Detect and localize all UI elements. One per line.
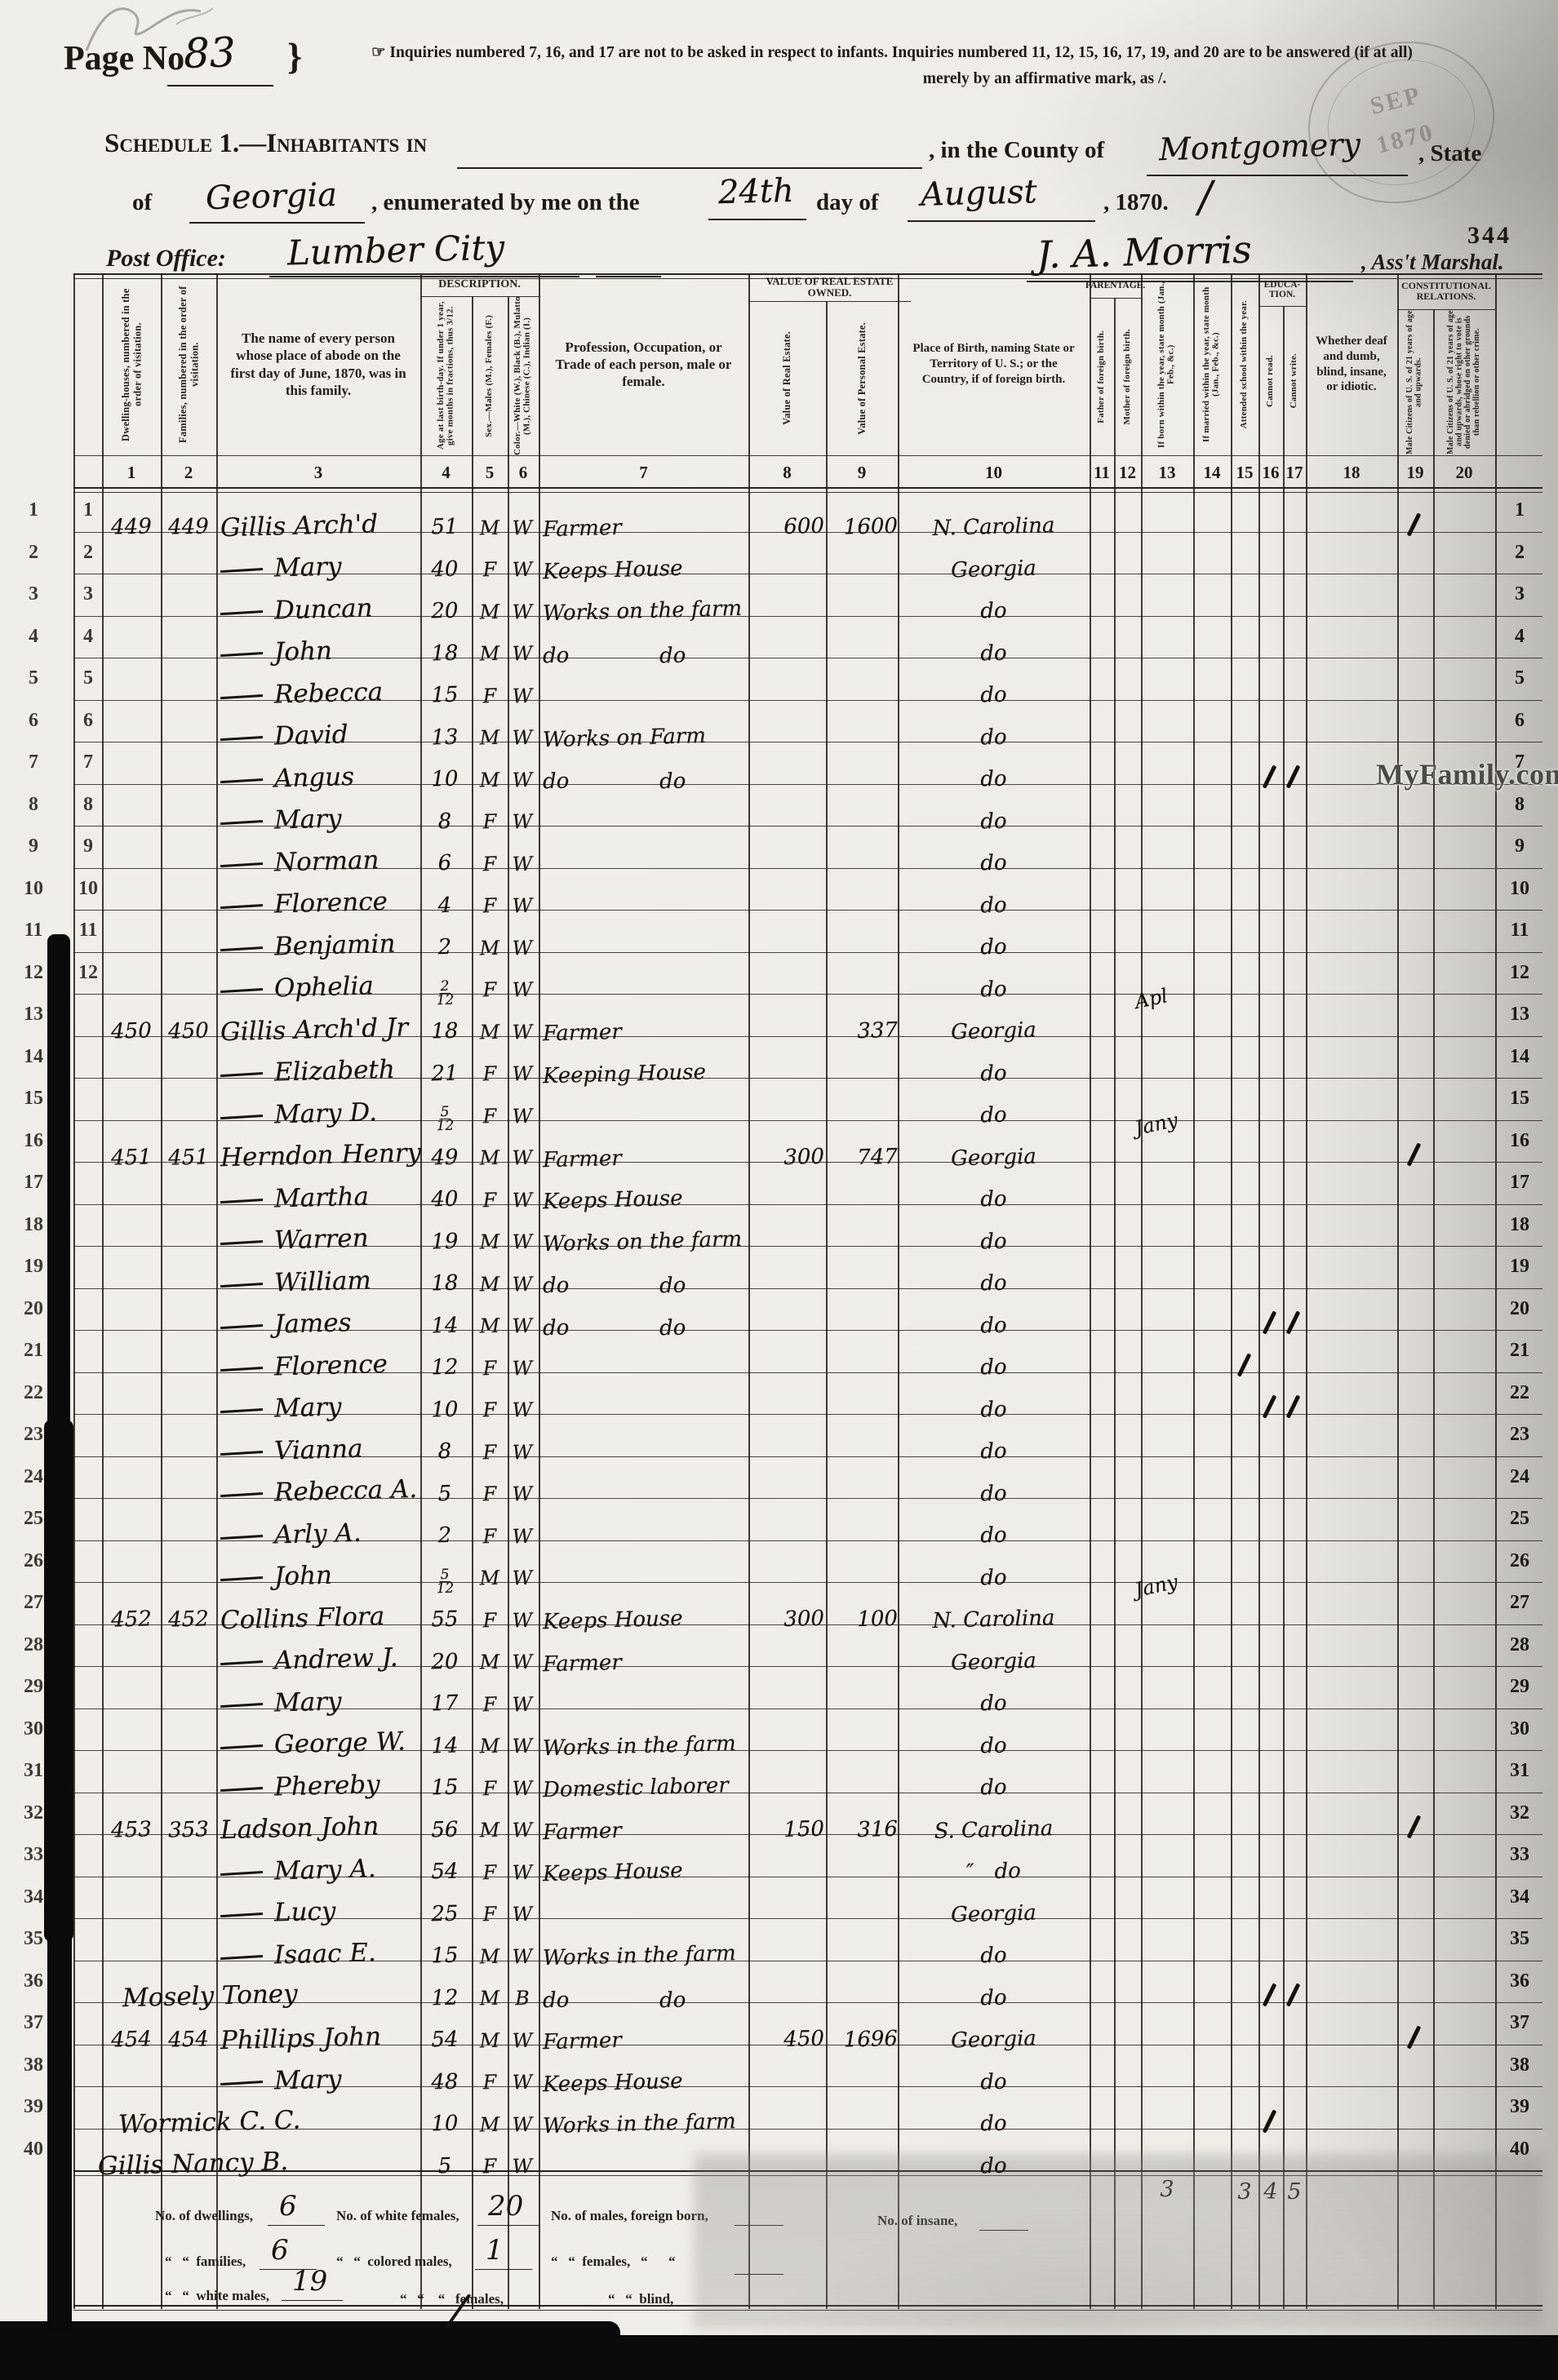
footer-white-males-value: 19 bbox=[292, 2267, 327, 2295]
row-number-left: 1 bbox=[76, 490, 100, 532]
row-number-left-margin: 4 bbox=[23, 616, 44, 658]
row-number-left-margin: 37 bbox=[23, 2002, 44, 2045]
footer-dwellings-label: No. of dwellings, bbox=[155, 2209, 253, 2223]
table-row: 3636Mosely Toney12MBdododo bbox=[73, 1961, 1542, 2004]
column-header-12: Mother of foreign birth. bbox=[1114, 298, 1141, 455]
column-number-3: 3 bbox=[216, 455, 420, 490]
table-row: 3838Mary48FWKeeps Housedo bbox=[73, 2045, 1542, 2088]
row-number-left-margin: 25 bbox=[23, 1498, 44, 1540]
enumerated-label: , enumerated by me on the bbox=[371, 189, 640, 216]
inquiries-note-line1: ☞ Inquiries numbered 7, 16, and 17 are n… bbox=[371, 42, 1514, 62]
table-row: 2020James14MWdododo bbox=[73, 1288, 1542, 1332]
row-number-right: 24 bbox=[1499, 1456, 1540, 1499]
column-header-18: Whether deaf and dumb, blind, insane, or… bbox=[1306, 273, 1397, 455]
pencil-squiggle-icon bbox=[78, 0, 233, 57]
row-number-left-margin: 11 bbox=[23, 910, 44, 952]
footer-colored-males-value: 1 bbox=[486, 2236, 504, 2264]
row-number-left-margin: 14 bbox=[23, 1036, 44, 1079]
row-number-right: 36 bbox=[1499, 1961, 1540, 2003]
row-number-left-margin: 31 bbox=[23, 1750, 44, 1793]
column-number-7: 7 bbox=[539, 455, 748, 490]
column-header-5: Sex.—Males (M.), Females (F.) bbox=[472, 296, 508, 455]
row-number-left-margin: 17 bbox=[23, 1162, 44, 1204]
footer-blind-label: “ “ blind, bbox=[608, 2292, 673, 2306]
scan-bottom-band-left bbox=[0, 2321, 620, 2346]
table-row: 2929Mary17FWdo bbox=[73, 1666, 1542, 1709]
of-label: of bbox=[132, 189, 152, 216]
row-number-left-margin: 2 bbox=[23, 532, 44, 574]
table-row: 3939Wormick C. C.10MWWorks in the farmdo bbox=[73, 2086, 1542, 2130]
row-number-right: 9 bbox=[1499, 826, 1540, 868]
row-number-right: 17 bbox=[1499, 1162, 1540, 1204]
table-row: 2525Arly A.2FWdo bbox=[73, 1498, 1542, 1541]
footer-white-females-label: No. of white females, bbox=[336, 2209, 459, 2223]
row-number-left-margin: 30 bbox=[23, 1709, 44, 1751]
table-row: 777Angus10MWdododo bbox=[73, 742, 1542, 785]
table-row: 4040Gillis Nancy B.5FWdo bbox=[73, 2129, 1542, 2172]
footer-families-label: “ “ families, bbox=[165, 2254, 246, 2268]
column-number-8: 8 bbox=[748, 455, 826, 490]
row-number-left-margin: 27 bbox=[23, 1582, 44, 1624]
row-number-left: 6 bbox=[76, 700, 100, 742]
table-row: 101010Florence4FWdo bbox=[73, 868, 1542, 911]
table-row: 111111Benjamin2MWdo bbox=[73, 910, 1542, 953]
column-number-1: 1 bbox=[102, 455, 161, 490]
row-number-left: 10 bbox=[76, 868, 100, 911]
table-row: 2727452452Collins Flora55FWKeeps House30… bbox=[73, 1582, 1542, 1625]
row-number-left-margin: 3 bbox=[23, 574, 44, 616]
column-number-10: 10 bbox=[898, 455, 1090, 490]
row-number-right: 4 bbox=[1499, 616, 1540, 658]
sheet-number: 344 bbox=[1467, 222, 1511, 250]
row-number-left-margin: 38 bbox=[23, 2045, 44, 2087]
table-row: 3434Lucy25FWGeorgia bbox=[73, 1877, 1542, 1920]
table-row: 1515Mary D.512FWdoJany bbox=[73, 1078, 1542, 1121]
column-header-3: The name of every person whose place of … bbox=[216, 273, 420, 455]
row-number-left: 2 bbox=[76, 532, 100, 574]
column-number-19: 19 bbox=[1397, 455, 1433, 490]
column-number-14: 14 bbox=[1193, 455, 1231, 490]
footer-males-foreign-label: No. of males, foreign born, bbox=[551, 2209, 708, 2223]
scan-smear bbox=[694, 2154, 1542, 2329]
table-row: 222Mary40FWKeeps HouseGeorgia bbox=[73, 532, 1542, 575]
month-value: August bbox=[920, 173, 1037, 214]
row-number-right: 34 bbox=[1499, 1877, 1540, 1919]
inquiries-note-line2: merely by an affirmative mark, as /. bbox=[816, 70, 1273, 88]
row-number-left-margin: 26 bbox=[23, 1540, 44, 1583]
schedule-title: Schedule 1.—Inhabitants in bbox=[104, 129, 427, 159]
post-office-label: Post Office: bbox=[106, 245, 226, 273]
footer-females-foreign-label: “ “ females, “ “ bbox=[551, 2254, 676, 2268]
row-number-left: 11 bbox=[76, 910, 100, 952]
row-number-right: 30 bbox=[1499, 1709, 1540, 1751]
row-number-right: 13 bbox=[1499, 994, 1540, 1036]
table-row: 1414Elizabeth21FWKeeping Housedo bbox=[73, 1036, 1542, 1079]
footer-families-value: 6 bbox=[271, 2236, 289, 2264]
marshal-signature: J. A. Morris bbox=[1036, 228, 1252, 277]
table-row: 666David13MWWorks on Farmdo bbox=[73, 700, 1542, 743]
column-header-8: Value of Real Estate. bbox=[748, 301, 826, 455]
row-number-left-margin: 19 bbox=[23, 1246, 44, 1288]
row-number-left-margin: 33 bbox=[23, 1834, 44, 1877]
footer-dwellings-value: 6 bbox=[279, 2192, 297, 2220]
column-header-7: Profession, Occupation, or Trade of each… bbox=[539, 273, 748, 455]
row-number-right: 29 bbox=[1499, 1666, 1540, 1709]
column-number-13: 13 bbox=[1141, 455, 1193, 490]
row-number-right: 40 bbox=[1499, 2129, 1540, 2171]
column-number-15: 15 bbox=[1231, 455, 1258, 490]
row-number-left-margin: 1 bbox=[23, 490, 44, 532]
row-number-right: 12 bbox=[1499, 952, 1540, 995]
row-number-left-margin: 22 bbox=[23, 1372, 44, 1415]
column-header-14: If married within the year, state month … bbox=[1193, 273, 1231, 455]
row-number-left-margin: 12 bbox=[23, 952, 44, 995]
scan-edge-band bbox=[47, 934, 70, 1440]
row-number-left: 9 bbox=[76, 826, 100, 868]
scan-edge-band bbox=[44, 1420, 73, 1942]
column-number-11: 11 bbox=[1090, 455, 1114, 490]
row-number-left-margin: 21 bbox=[23, 1330, 44, 1372]
watermark: MyFamily.com bbox=[1376, 757, 1558, 791]
row-number-left-margin: 10 bbox=[23, 868, 44, 911]
row-number-left-margin: 18 bbox=[23, 1204, 44, 1247]
column-number-9: 9 bbox=[826, 455, 898, 490]
row-number-left-margin: 23 bbox=[23, 1414, 44, 1456]
year-label: , 1870. bbox=[1103, 189, 1169, 216]
column-number-4: 4 bbox=[420, 455, 472, 490]
column-header-20: Male Citizens of U. S. of 21 years of ag… bbox=[1433, 309, 1495, 455]
row-number-left: 4 bbox=[76, 616, 100, 658]
row-number-left-margin: 34 bbox=[23, 1877, 44, 1919]
row-number-left-margin: 9 bbox=[23, 826, 44, 868]
row-number-right: 3 bbox=[1499, 574, 1540, 616]
table-row: 2828Andrew J.20MWFarmerGeorgia bbox=[73, 1624, 1542, 1668]
table-row: 121212Ophelia212FWdoApl bbox=[73, 952, 1542, 995]
row-number-right: 5 bbox=[1499, 658, 1540, 700]
row-number-right: 23 bbox=[1499, 1414, 1540, 1456]
row-number-left-margin: 32 bbox=[23, 1793, 44, 1835]
row-number-right: 10 bbox=[1499, 868, 1540, 911]
column-number-6: 6 bbox=[508, 455, 539, 490]
row-number-right: 22 bbox=[1499, 1372, 1540, 1415]
row-number-left-margin: 13 bbox=[23, 994, 44, 1036]
column-header-11: Father of foreign birth. bbox=[1090, 298, 1114, 455]
table-row: 999Norman6FWdo bbox=[73, 826, 1542, 869]
column-number-17: 17 bbox=[1283, 455, 1306, 490]
row-number-left-margin: 7 bbox=[23, 742, 44, 784]
post-office-value: Lumber City bbox=[286, 228, 504, 273]
table-row: 1616451451Herndon Henry49MWFarmer300747G… bbox=[73, 1120, 1542, 1163]
column-header-17: Cannot write. bbox=[1283, 306, 1306, 455]
table-row: 3030George W.14MWWorks in the farmdo bbox=[73, 1709, 1542, 1752]
table-row: 444John18MWdododo bbox=[73, 616, 1542, 659]
table-row: 3131Phereby15FWDomestic laborerdo bbox=[73, 1750, 1542, 1793]
row-number-right: 39 bbox=[1499, 2086, 1540, 2129]
row-number-left-margin: 39 bbox=[23, 2086, 44, 2129]
day-value: 24th bbox=[717, 172, 794, 211]
table-row: 2424Rebecca A.5FWdo bbox=[73, 1456, 1542, 1500]
marshal-label: , Ass't Marshal. bbox=[1361, 250, 1504, 275]
row-number-right: 38 bbox=[1499, 2045, 1540, 2087]
row-number-right: 15 bbox=[1499, 1078, 1540, 1120]
table-row: 555Rebecca15FWdo bbox=[73, 658, 1542, 701]
row-number-right: 32 bbox=[1499, 1793, 1540, 1835]
table-row: 3232453353Ladson John56MWFarmer150316S. … bbox=[73, 1793, 1542, 1836]
day-label: day of bbox=[816, 189, 879, 216]
row-number-right: 11 bbox=[1499, 910, 1540, 952]
column-number-20: 20 bbox=[1433, 455, 1495, 490]
row-number-left-margin: 40 bbox=[23, 2129, 44, 2171]
row-number-right: 37 bbox=[1499, 2002, 1540, 2045]
row-number-left-margin: 29 bbox=[23, 1666, 44, 1709]
row-number-left: 7 bbox=[76, 742, 100, 784]
table-row: 1919William18MWdododo bbox=[73, 1246, 1542, 1289]
row-number-left: 5 bbox=[76, 658, 100, 700]
scan-edge-band bbox=[47, 1917, 72, 2335]
column-header-16: Cannot read. bbox=[1258, 306, 1283, 455]
cell-sex: F bbox=[472, 2158, 508, 2177]
row-number-left-margin: 28 bbox=[23, 1624, 44, 1667]
cell-name: Gillis Nancy B. bbox=[98, 2151, 303, 2178]
row-number-right: 20 bbox=[1499, 1288, 1540, 1331]
row-number-right: 14 bbox=[1499, 1036, 1540, 1079]
footer-white-females-value: 20 bbox=[488, 2192, 523, 2220]
column-header-15: Attended school within the year. bbox=[1231, 273, 1258, 455]
row-number-left-margin: 36 bbox=[23, 1961, 44, 2003]
column-number-5: 5 bbox=[472, 455, 508, 490]
row-number-right: 35 bbox=[1499, 1918, 1540, 1961]
column-header-9: Value of Personal Estate. bbox=[826, 301, 898, 455]
table-row: 2323Vianna8FWdo bbox=[73, 1414, 1542, 1457]
table-row: 888Mary8FWdo bbox=[73, 784, 1542, 827]
column-header-13: If born within the year, state month (Ja… bbox=[1141, 273, 1193, 455]
census-scan-page: SEP 1870 Page No 83 } ☞ Inquiries number… bbox=[0, 0, 1558, 2380]
column-number-2: 2 bbox=[161, 455, 216, 490]
table-row: 333Duncan20MWWorks on the farmdo bbox=[73, 574, 1542, 617]
row-number-left-margin: 16 bbox=[23, 1120, 44, 1163]
row-number-left: 3 bbox=[76, 574, 100, 616]
row-number-right: 16 bbox=[1499, 1120, 1540, 1163]
row-number-left-margin: 35 bbox=[23, 1918, 44, 1961]
page-no-brace: } bbox=[287, 34, 302, 78]
row-number-right: 25 bbox=[1499, 1498, 1540, 1540]
table-row: 2222Mary10FWdo bbox=[73, 1372, 1542, 1416]
row-number-left-margin: 8 bbox=[23, 784, 44, 827]
row-number-right: 28 bbox=[1499, 1624, 1540, 1667]
row-number-right: 26 bbox=[1499, 1540, 1540, 1583]
column-header-2: Families, numbered in the order of visit… bbox=[161, 273, 216, 455]
row-number-right: 6 bbox=[1499, 700, 1540, 742]
column-number-16: 16 bbox=[1258, 455, 1283, 490]
column-header-6: Color.—White (W.), Black (B.), Mulatto (… bbox=[508, 296, 539, 455]
row-number-right: 18 bbox=[1499, 1204, 1540, 1247]
row-number-right: 33 bbox=[1499, 1834, 1540, 1877]
cell-age: 5 bbox=[418, 2156, 473, 2177]
row-number-right: 27 bbox=[1499, 1582, 1540, 1624]
footer-colored-males-label: “ “ colored males, bbox=[336, 2254, 452, 2268]
row-number-left-margin: 15 bbox=[23, 1078, 44, 1120]
row-number-right: 1 bbox=[1499, 490, 1540, 532]
table-row: 2626John512MWdoJany bbox=[73, 1540, 1542, 1584]
row-number-left-margin: 20 bbox=[23, 1288, 44, 1331]
row-number-right: 31 bbox=[1499, 1750, 1540, 1793]
row-number-left-margin: 5 bbox=[23, 658, 44, 700]
state-value: Georgia bbox=[205, 176, 337, 217]
flourish-mark: / bbox=[1197, 173, 1213, 222]
column-header-4: Age at last birth-day. If under 1 year, … bbox=[420, 296, 472, 455]
row-number-left-margin: 24 bbox=[23, 1456, 44, 1499]
row-number-left: 8 bbox=[76, 784, 100, 827]
row-number-right: 21 bbox=[1499, 1330, 1540, 1372]
column-number-18: 18 bbox=[1306, 455, 1397, 490]
county-label: , in the County of bbox=[929, 137, 1104, 164]
column-number-12: 12 bbox=[1114, 455, 1141, 490]
cell-color: W bbox=[506, 2158, 539, 2177]
table-row: 3535Isaac E.15MWWorks in the farmdo bbox=[73, 1918, 1542, 1961]
table-row: 2121Florence12FWdo bbox=[73, 1330, 1542, 1373]
table-row: 1818Warren19MWWorks on the farmdo bbox=[73, 1204, 1542, 1248]
column-header-1: Dwelling-houses, numbered in the order o… bbox=[102, 273, 161, 455]
row-number-left: 12 bbox=[76, 952, 100, 995]
table-row: 1313450450Gillis Arch'd Jr18MWFarmer337G… bbox=[73, 994, 1542, 1037]
table-row: 1717Martha40FWKeeps Housedo bbox=[73, 1162, 1542, 1205]
row-number-right: 2 bbox=[1499, 532, 1540, 574]
column-header-10: Place of Birth, naming State or Territor… bbox=[898, 273, 1090, 455]
row-number-right: 19 bbox=[1499, 1246, 1540, 1288]
row-number-left-margin: 6 bbox=[23, 700, 44, 742]
table-row: 3737454454Phillips John54MWFarmer4501696… bbox=[73, 2002, 1542, 2045]
table-row: 3333Mary A.54FWKeeps House″ do bbox=[73, 1834, 1542, 1877]
table-row: 111449449Gillis Arch'd51MWFarmer6001600N… bbox=[73, 490, 1542, 533]
census-table: DESCRIPTION. VALUE OF REAL ESTATE OWNED.… bbox=[73, 273, 1542, 2309]
column-header-19: Male Citizens of U. S. of 21 years of ag… bbox=[1397, 309, 1433, 455]
